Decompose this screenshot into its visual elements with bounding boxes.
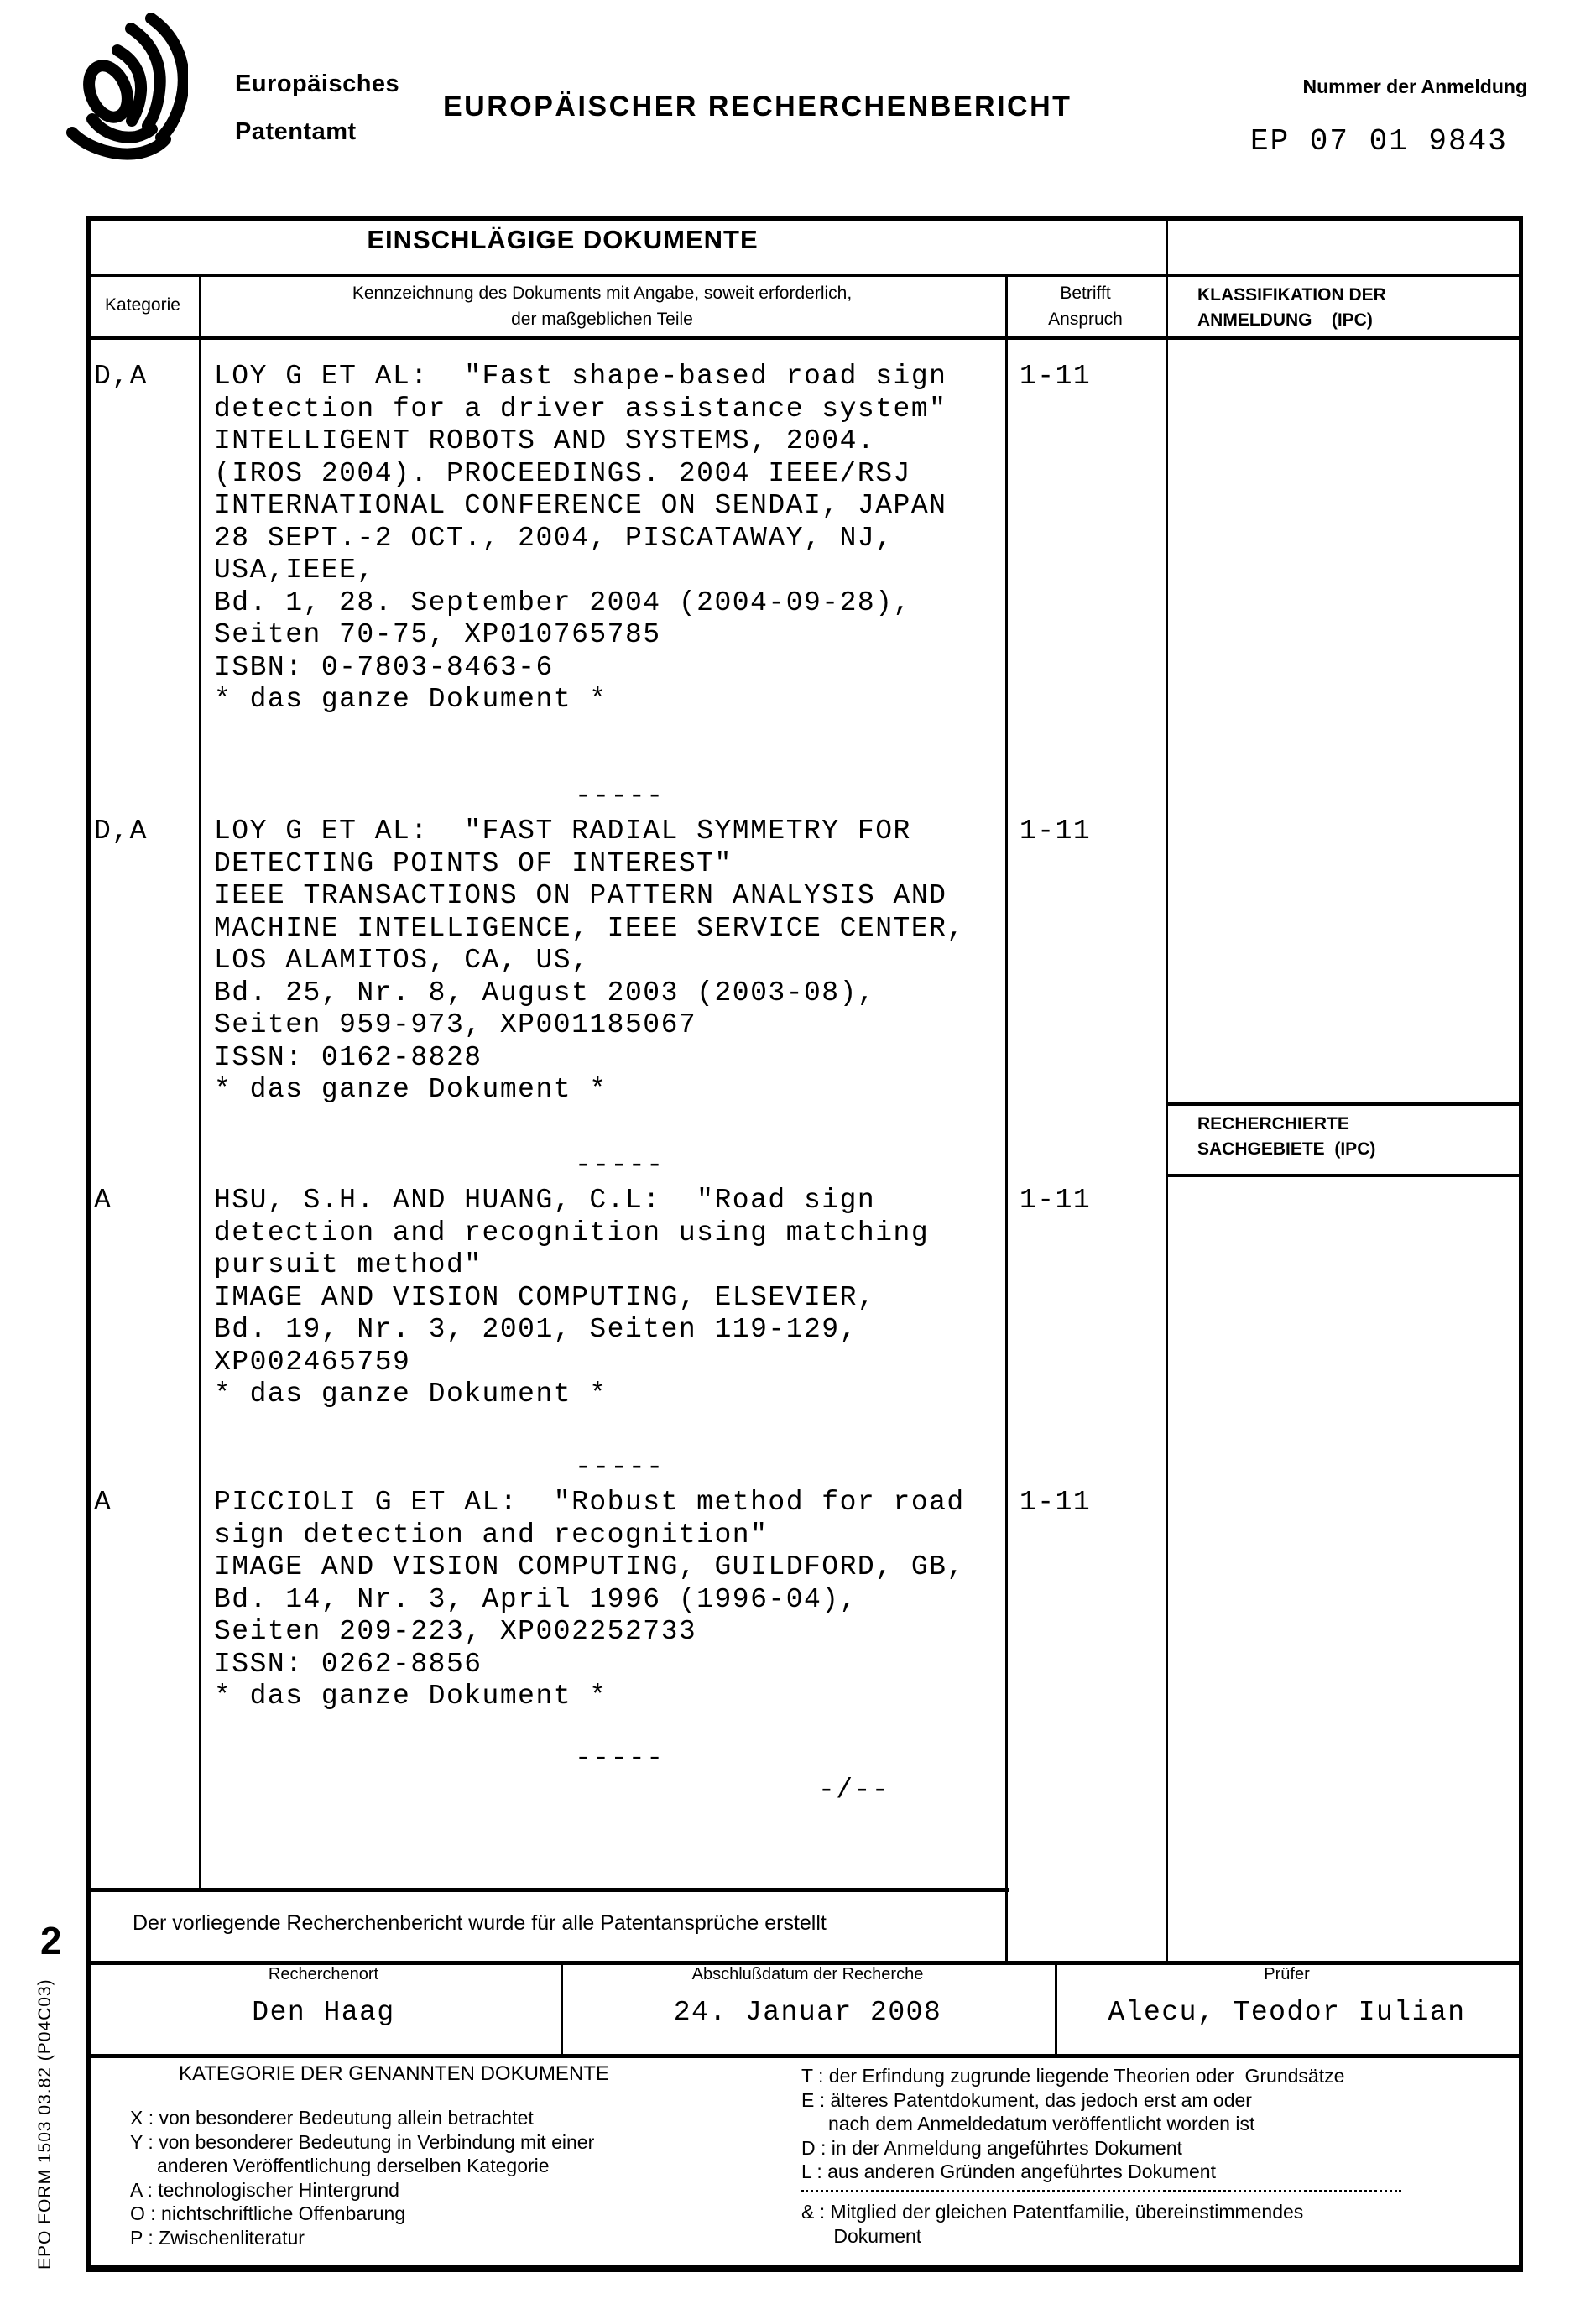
citation-text: HSU, S.H. AND HUANG, C.L: "Road sign det…: [214, 1185, 929, 1411]
form-id: EPO FORM 1503 03.82 (P04C03): [35, 1978, 55, 2270]
citations-area: D,ALOY G ET AL: "Fast shape-based road s…: [0, 0, 1596, 2309]
search-location-label: Recherchenort: [86, 1965, 561, 1984]
legend-title: KATEGORIE DER GENANNTEN DOKUMENTE: [179, 2062, 609, 2086]
citation-claims: 1-11: [1020, 1185, 1091, 1217]
citation-separator: -----: [575, 1743, 665, 1775]
legend-right-upper: T : der Erfindung zugrunde liegende Theo…: [801, 2064, 1344, 2184]
search-report-page: Europäisches Patentamt EUROPÄISCHER RECH…: [0, 0, 1596, 2309]
legend-left-column: X : von besonderer Bedeutung allein betr…: [130, 2106, 594, 2249]
citation-separator: -----: [575, 1149, 665, 1182]
completion-date-label: Abschlußdatum der Recherche: [561, 1965, 1055, 1984]
citation-category: D,A: [94, 816, 148, 848]
examiner-value: Alecu, Teodor Iulian: [1055, 1997, 1519, 2028]
citation-claims: 1-11: [1020, 361, 1091, 394]
citation-category: A: [94, 1487, 112, 1519]
continuation-mark: -/--: [818, 1775, 889, 1807]
citation-text: LOY G ET AL: "Fast shape-based road sign…: [214, 361, 947, 717]
citation-separator: -----: [575, 1452, 665, 1484]
citation-text: LOY G ET AL: "FAST RADIAL SYMMETRY FOR D…: [214, 816, 965, 1107]
citation-text: PICCIOLI G ET AL: "Robust method for roa…: [214, 1487, 965, 1713]
examiner-label: Prüfer: [1055, 1965, 1519, 1984]
legend-divider-line: [801, 2190, 1401, 2192]
search-location-value: Den Haag: [86, 1997, 561, 2028]
citation-separator: -----: [575, 780, 665, 813]
completion-date-value: 24. Januar 2008: [561, 1997, 1055, 2028]
citation-category: A: [94, 1185, 112, 1217]
citation-claims: 1-11: [1020, 816, 1091, 848]
legend-right-lower: & : Mitglied der gleichen Patentfamilie,…: [801, 2200, 1303, 2248]
page-number: 2: [40, 1918, 62, 1963]
completion-note: Der vorliegende Recherchenbericht wurde …: [133, 1911, 827, 1936]
citation-claims: 1-11: [1020, 1487, 1091, 1519]
citation-category: D,A: [94, 361, 148, 394]
